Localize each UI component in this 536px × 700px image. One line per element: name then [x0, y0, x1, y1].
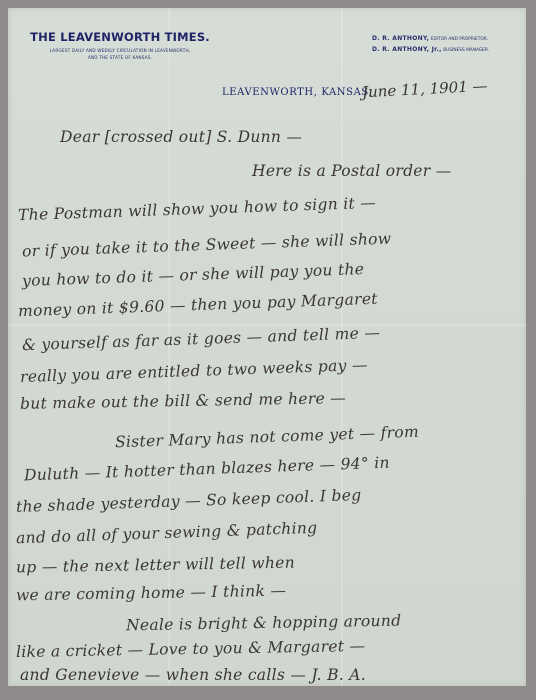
- staff-entry: D. R. ANTHONY, Jr., Business Manager.: [372, 45, 489, 56]
- letterhead-place: LEAVENWORTH, KANSAS,: [222, 87, 372, 98]
- staff-entry: D. R. ANTHONY, Editor and Proprietor.: [372, 34, 489, 45]
- letterhead-title: THE LEAVENWORTH TIMES.: [30, 30, 210, 44]
- staff-role: Business Manager.: [443, 48, 489, 53]
- fold-crease: [341, 8, 343, 686]
- letterhead-staff: D. R. ANTHONY, Editor and Proprietor. D.…: [372, 34, 489, 56]
- staff-role: Editor and Proprietor.: [431, 37, 488, 42]
- letter-closing-line: and Genevieve — when she calls — J. B. A…: [20, 666, 366, 684]
- letterhead-subtitle: Largest Daily and Weekly Circulation in …: [30, 48, 210, 61]
- salutation: Dear [crossed out] S. Dunn —: [60, 128, 302, 146]
- staff-name: D. R. ANTHONY,: [372, 35, 429, 42]
- letterhead-subtitle-line: and the State of Kansas.: [30, 55, 210, 62]
- staff-name: D. R. ANTHONY, Jr.,: [372, 46, 442, 53]
- letterhead-subtitle-line: Largest Daily and Weekly Circulation in …: [30, 48, 210, 55]
- letter-line: Here is a Postal order —: [252, 162, 452, 180]
- fold-crease: [8, 324, 526, 326]
